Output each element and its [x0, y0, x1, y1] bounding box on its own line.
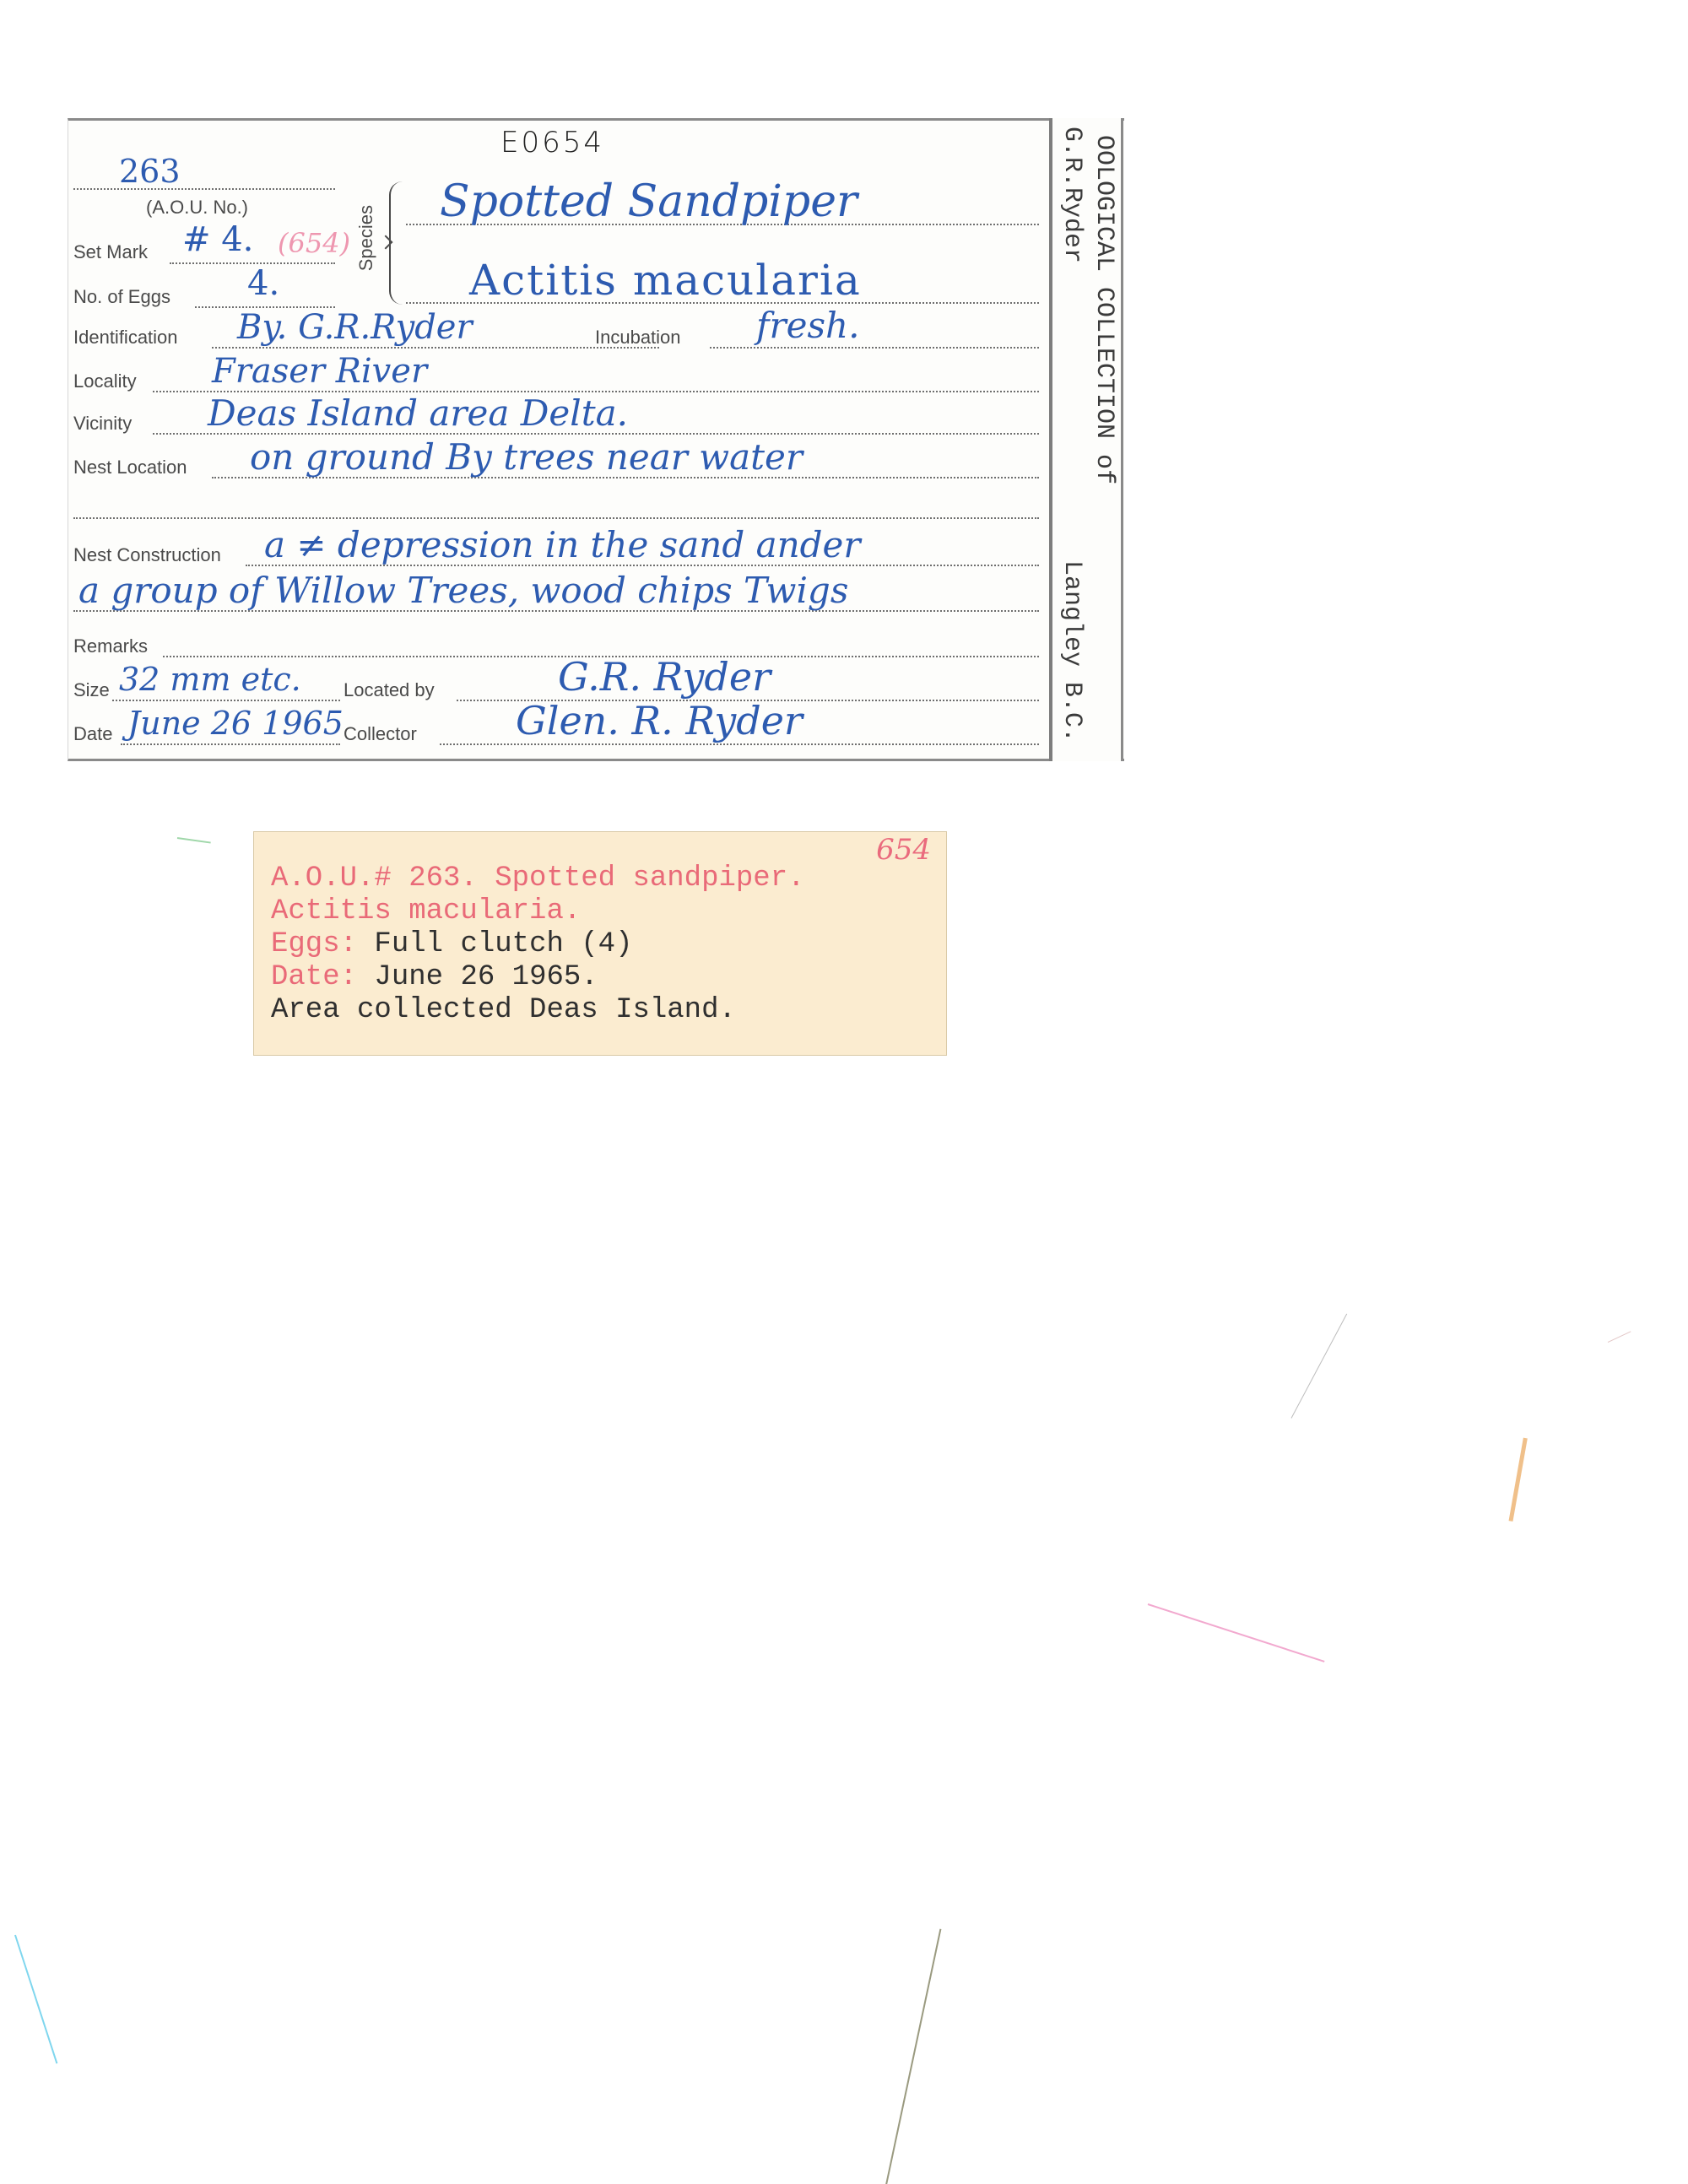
species-brace — [389, 181, 408, 305]
label-number: 654 — [876, 834, 931, 867]
no-of-eggs-value: 4. — [247, 264, 279, 303]
incubation-label: Incubation — [595, 327, 681, 349]
species-common-name: Spotted Sandpiper — [440, 176, 858, 227]
scan-scratch — [1509, 1438, 1528, 1522]
date-value: June 26 1965 — [127, 705, 344, 742]
aou-number-value: 263 — [119, 153, 181, 190]
locality-label: Locality — [73, 370, 137, 392]
date-label: Date — [73, 723, 112, 745]
nest-construction-line1: a ≠ depression in the sand ander — [264, 524, 860, 565]
set-mark-label: Set Mark — [73, 241, 148, 263]
scan-scratch — [1608, 1331, 1631, 1343]
collection-stamp-title: OOLOGICAL COLLECTION of — [1086, 135, 1118, 760]
label-line-area: Area collected Deas Island. — [271, 994, 946, 1027]
nest-construction-label: Nest Construction — [73, 544, 221, 566]
species-scientific-name: Actitis macularia — [469, 256, 862, 305]
set-mark-annotation: (654) — [278, 227, 350, 259]
egg-data-card: E0654 263 (A.O.U. No.) Set Mark # 4. (65… — [68, 118, 1124, 761]
scan-scratch — [14, 1935, 57, 2064]
scan-scratch — [885, 1929, 941, 2184]
label-line-scientific: Actitis macularia. — [271, 895, 946, 928]
identification-value: By. G.R.Ryder — [237, 308, 473, 347]
collector-label: Collector — [344, 723, 417, 745]
nest-location-label: Nest Location — [73, 457, 187, 478]
species-label: Species — [355, 205, 377, 271]
locality-value: Fraser River — [212, 352, 427, 391]
typed-specimen-label: 654 A.O.U.# 263. Spotted sandpiper. Acti… — [253, 831, 947, 1056]
collection-stamp: OOLOGICAL COLLECTION of G.R.Ryder Langle… — [1049, 118, 1123, 761]
located-by-label: Located by — [344, 679, 435, 701]
identification-label: Identification — [73, 327, 178, 349]
vicinity-label: Vicinity — [73, 413, 132, 435]
nest-location-value: on ground By trees near water — [250, 436, 803, 478]
label-line-aou: A.O.U.# 263. Spotted sandpiper. — [271, 862, 946, 895]
set-mark-value: # 4. — [182, 220, 253, 259]
aou-number-label: (A.O.U. No.) — [146, 197, 248, 219]
remarks-label: Remarks — [73, 635, 148, 657]
label-line-date: Date: June 26 1965. — [271, 961, 946, 994]
scan-scratch — [1148, 1603, 1325, 1662]
collector-value: Glen. R. Ryder — [516, 698, 803, 743]
size-value: 32 mm etc. — [119, 661, 301, 698]
no-of-eggs-label: No. of Eggs — [73, 286, 170, 308]
scan-scratch — [177, 837, 211, 844]
label-line-eggs: Eggs: Full clutch (4) — [271, 928, 946, 961]
nest-construction-line2: a group of Willow Trees, wood chips Twig… — [78, 570, 848, 611]
collection-stamp-owner: G.R.Ryder Langley B.C. — [1054, 127, 1086, 743]
incubation-value: fresh. — [756, 305, 859, 346]
vicinity-value: Deas Island area Delta. — [208, 392, 628, 434]
size-label: Size — [73, 679, 110, 701]
scan-scratch — [1291, 1314, 1348, 1419]
catalog-number: E0654 — [500, 126, 604, 159]
located-by-value: G.R. Ryder — [558, 654, 771, 700]
